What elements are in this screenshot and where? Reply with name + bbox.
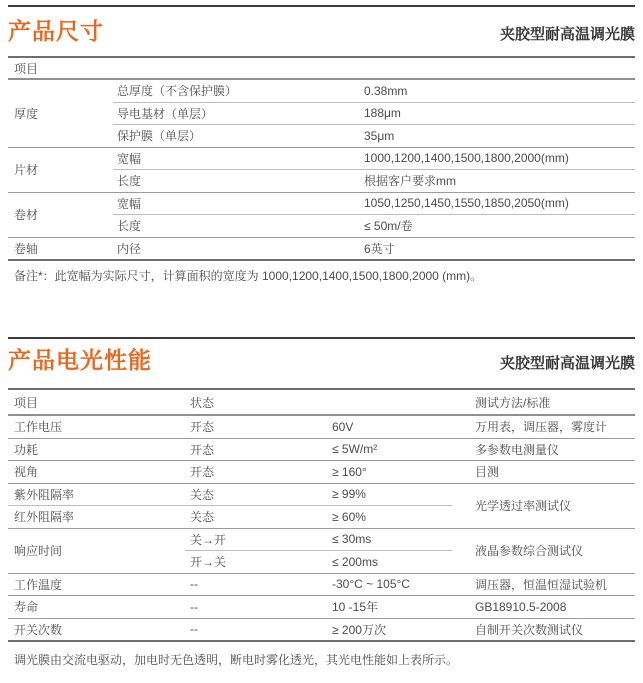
table-row: 卷材 宽幅 1050,1250,1450,1550,1850,2050(mm) — [8, 192, 635, 215]
spec-value: ≤ 50m/卷 — [360, 215, 635, 238]
perf-value: ≥ 99% — [327, 483, 452, 506]
table-row: 功耗 开态 ≤ 5W/m² 多参数电测量仪 — [8, 438, 635, 461]
perf-state: 关→开 — [185, 528, 327, 551]
spec-value: 35μm — [360, 125, 635, 148]
table-row: 寿命 -- 10 -15年 GB18910.5-2008 — [8, 596, 635, 619]
table-row: 紫外阻隔率 关态 ≥ 99% 光学透过率测试仪 — [8, 483, 635, 506]
performance-section-header: 产品电光性能 夹胶型耐高温调光膜 — [8, 346, 635, 373]
perf-method: 调压器，恒温恒湿试验机 — [452, 573, 635, 596]
performance-note: 调光膜由交流电驱动，加电时无色透明，断电时雾化透光，其光电性能如上表所示。 — [14, 653, 635, 668]
spec-value: 0.38mm — [360, 79, 635, 102]
perf-item: 紫外阻隔率 — [8, 483, 185, 506]
table-row: 开关次数 -- ≥ 200万次 自制开关次数测试仪 — [8, 618, 635, 641]
perf-state: 开态 — [185, 438, 327, 461]
spec-name: 导电基材（单层） — [113, 102, 360, 125]
perf-method: 自制开关次数测试仪 — [452, 618, 635, 641]
perf-method: 液晶参数综合测试仪 — [452, 528, 635, 573]
spec-name: 长度 — [113, 170, 360, 193]
perf-value: ≥ 160° — [327, 461, 452, 484]
perf-item: 工作电压 — [8, 415, 185, 438]
perf-value: 60V — [327, 415, 452, 438]
column-header-state: 状态 — [185, 389, 327, 415]
perf-state: 开态 — [185, 415, 327, 438]
perf-method: 多参数电测量仪 — [452, 438, 635, 461]
table-header-row: 项目 状态 测试方法/标准 — [8, 389, 635, 415]
column-header-item: 项目 — [8, 57, 635, 79]
perf-method: 光学透过率测试仪 — [452, 483, 635, 528]
section-title-dimensions: 产品尺寸 — [8, 18, 104, 44]
spec-value: 1050,1250,1450,1550,1850,2050(mm) — [360, 192, 635, 215]
table-row: 工作温度 -- -30°C ~ 105°C 调压器，恒温恒湿试验机 — [8, 573, 635, 596]
spec-value: 1000,1200,1400,1500,1800,2000(mm) — [360, 147, 635, 170]
table-header-row: 项目 — [8, 57, 635, 79]
perf-state: 开→关 — [185, 551, 327, 574]
row-group-label: 片材 — [8, 147, 113, 192]
top-rule — [8, 5, 635, 7]
table-row: 厚度 总厚度（不含保护膜） 0.38mm — [8, 79, 635, 102]
perf-state: 关态 — [185, 506, 327, 529]
spec-name: 内径 — [113, 237, 360, 260]
table-row: 卷轴 内径 6英寸 — [8, 237, 635, 260]
row-group-label: 卷轴 — [8, 237, 113, 260]
page: 产品尺寸 夹胶型耐高温调光膜 项目 厚度 总厚度（不含保护膜） 0.38mm 导… — [8, 5, 635, 668]
column-header-item: 项目 — [8, 389, 185, 415]
perf-value: 10 -15年 — [327, 596, 452, 619]
perf-item: 寿命 — [8, 596, 185, 619]
perf-value: ≤ 30ms — [327, 528, 452, 551]
perf-value: ≤ 200ms — [327, 551, 452, 574]
spec-value: 根据客户要求mm — [360, 170, 635, 193]
perf-state: -- — [185, 618, 327, 641]
table-row: 片材 宽幅 1000,1200,1400,1500,1800,2000(mm) — [8, 147, 635, 170]
dimensions-section-header: 产品尺寸 夹胶型耐高温调光膜 — [8, 17, 635, 44]
spec-name: 保护膜（单层） — [113, 125, 360, 148]
row-group-label: 卷材 — [8, 192, 113, 237]
perf-item: 视角 — [8, 461, 185, 484]
spec-value: 188μm — [360, 102, 635, 125]
perf-method: 万用表，调压器，雾度计 — [452, 415, 635, 438]
perf-item: 工作温度 — [8, 573, 185, 596]
table-row: 视角 开态 ≥ 160° 目测 — [8, 461, 635, 484]
spec-name: 宽幅 — [113, 147, 360, 170]
perf-method: 目测 — [452, 461, 635, 484]
table-row: 工作电压 开态 60V 万用表，调压器，雾度计 — [8, 415, 635, 438]
spec-name: 长度 — [113, 215, 360, 238]
perf-value: -30°C ~ 105°C — [327, 573, 452, 596]
product-name: 夹胶型耐高温调光膜 — [500, 26, 635, 44]
performance-table: 项目 状态 测试方法/标准 工作电压 开态 60V 万用表，调压器，雾度计 功耗… — [8, 388, 635, 642]
perf-item: 开关次数 — [8, 618, 185, 641]
dimensions-table: 项目 厚度 总厚度（不含保护膜） 0.38mm 导电基材（单层） 188μm 保… — [8, 56, 635, 261]
spec-name: 总厚度（不含保护膜） — [113, 79, 360, 102]
table-row: 响应时间 关→开 ≤ 30ms 液晶参数综合测试仪 — [8, 528, 635, 551]
perf-method: GB18910.5-2008 — [452, 596, 635, 619]
perf-item: 功耗 — [8, 438, 185, 461]
section-divider-rule — [8, 337, 635, 339]
row-group-label: 厚度 — [8, 79, 113, 147]
dimensions-note: 备注*：此宽幅为实际尺寸，计算面积的宽度为 1000,1200,1400,150… — [14, 269, 635, 284]
section-title-performance: 产品电光性能 — [8, 347, 152, 373]
perf-item: 红外阻隔率 — [8, 506, 185, 529]
perf-state: -- — [185, 573, 327, 596]
perf-state: 关态 — [185, 483, 327, 506]
perf-state: -- — [185, 596, 327, 619]
product-name: 夹胶型耐高温调光膜 — [500, 355, 635, 373]
spec-value: 6英寸 — [360, 237, 635, 260]
perf-value: ≥ 60% — [327, 506, 452, 529]
column-header-method: 测试方法/标准 — [452, 389, 635, 415]
perf-state: 开态 — [185, 461, 327, 484]
perf-value: ≤ 5W/m² — [327, 438, 452, 461]
column-header-blank — [327, 389, 452, 415]
perf-value: ≥ 200万次 — [327, 618, 452, 641]
spec-name: 宽幅 — [113, 192, 360, 215]
perf-item: 响应时间 — [8, 528, 185, 573]
